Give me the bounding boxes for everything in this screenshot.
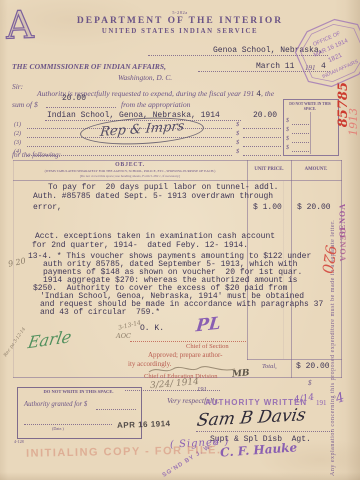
- pencil-date: 3-13-14: [117, 319, 141, 331]
- total-label: Total,: [262, 364, 277, 371]
- box-divider-line: [310, 112, 311, 154]
- apr-date-stamp: APR 16 1914: [117, 419, 171, 430]
- department-title: DEPARTMENT OF THE INTERIOR: [0, 17, 360, 27]
- table-border: [13, 180, 342, 181]
- education-pencil-initials: MB: [232, 368, 250, 379]
- dotted-rule: [243, 155, 281, 156]
- amount-value: $ 20.00: [297, 204, 331, 212]
- object-header: OBJECT.: [13, 163, 247, 169]
- object-subheader-1: (ITEMS TABULATED SEPARATELY FOR THE AGEN…: [16, 170, 244, 173]
- dotted-rule: [292, 124, 309, 125]
- date-typed: March 11: [256, 63, 294, 71]
- dollar-sign: $: [308, 380, 312, 387]
- margin-pencil-figure: 9 20: [7, 256, 26, 269]
- authority-written-year-printed: 191: [316, 399, 327, 407]
- item-number-1: (1): [14, 122, 21, 128]
- addressee-city: Washington, D. C.: [118, 74, 172, 81]
- typed-line: To pay for 20 days pupil labor on tunnel…: [48, 184, 278, 192]
- typed-line: and 43 of circular 759.*: [40, 309, 160, 317]
- for-following-label: for the following:: [12, 152, 61, 159]
- request-line2-suffix: from the appropriation: [121, 101, 190, 109]
- addressee-line: THE COMMISSIONER OF INDIAN AFFAIRS,: [12, 63, 166, 71]
- dotted-rule: [27, 146, 232, 147]
- typed-line: Auth. #85785 dated Sept. 5- 1913 overdra…: [33, 193, 273, 201]
- dotted-rule: [96, 409, 136, 410]
- dotted-rule: [292, 151, 309, 152]
- request-line1-tail: , the: [261, 89, 274, 98]
- dotted-rule: [243, 146, 281, 147]
- red-figure-hw: 920: [318, 244, 340, 275]
- appropriation-amount: 20.00: [253, 112, 277, 120]
- dollar-sign: $: [286, 145, 289, 151]
- item-number-3: (3): [14, 140, 21, 146]
- form-number: 5-282a: [0, 11, 360, 16]
- dollar-sign: $: [286, 127, 289, 133]
- chief-of-section-label: Chief of Section: [186, 343, 229, 350]
- dollar-sign: $: [236, 122, 239, 129]
- dollar-sign: $: [286, 136, 289, 142]
- salutation: Sir:: [12, 83, 23, 90]
- approved-stamp-line1: Approved; prepare author-: [148, 351, 223, 359]
- upper-write-box-title: DO NOT WRITE IN THIS SPACE.: [284, 102, 336, 111]
- ok-note: O. K.: [140, 325, 164, 333]
- dollar-sign: $: [286, 118, 289, 124]
- pencil-initials: AOC: [116, 332, 131, 340]
- green-initials: Earle: [26, 327, 72, 353]
- authority-box: [17, 387, 142, 439]
- typed-line: error,: [33, 204, 62, 212]
- red-auth-year-hw: 1913: [347, 108, 360, 136]
- dollar-sign: $: [236, 140, 239, 147]
- purple-initials: PL: [195, 314, 222, 337]
- total-value: $ 20.00: [296, 363, 330, 371]
- dotted-rule: [24, 424, 112, 425]
- document-page: A 5-282a DEPARTMENT OF THE INTERIOR UNIT…: [0, 0, 360, 480]
- dotted-rule: [46, 107, 116, 108]
- dotted-rule: [196, 431, 332, 432]
- unit-price-header: UNIT PRICE.: [247, 168, 291, 173]
- davis-signature: Sam B Davis: [195, 405, 307, 431]
- dotted-rule: [292, 133, 309, 134]
- typed-line: for 2nd quarter, 1914- dated Feby. 12- 1…: [32, 242, 248, 250]
- dollar-sign: $: [236, 149, 239, 156]
- table-border: [13, 160, 342, 161]
- margin-pencil-note: Rec pa 3-12-14: [3, 327, 27, 358]
- authority-box-title: DO NOT WRITE IN THIS SPACE.: [17, 390, 140, 395]
- received-stamp-line3: 1821: [327, 52, 343, 64]
- form-number-bottom: 4-128: [14, 440, 24, 444]
- item-number-2: (2): [14, 131, 21, 137]
- request-line2-prefix: sum of $: [12, 101, 38, 109]
- unit-price-value: $ 1.00: [253, 204, 282, 212]
- dotted-rule: [243, 137, 281, 138]
- authority-granted-label: Authority granted for $: [24, 402, 87, 409]
- dotted-rule: [243, 128, 281, 129]
- table-border: [247, 359, 342, 360]
- object-subheader-2: [Do not crowd this space; use heading sh…: [16, 175, 244, 178]
- typed-line: Acct. exceptions taken in examination ca…: [35, 233, 275, 241]
- education-year-printed: 191: [197, 387, 207, 394]
- table-border: [341, 160, 342, 378]
- date-caption: (Date.): [52, 427, 64, 431]
- dollar-sign: $: [236, 131, 239, 138]
- red-dotted-rule: [130, 341, 246, 342]
- dotted-rule: [292, 142, 309, 143]
- authority-written-date: 4/14: [293, 393, 314, 406]
- request-amount-typed: 20.00: [62, 95, 86, 103]
- genoa-stamp: GENOA: [338, 228, 347, 262]
